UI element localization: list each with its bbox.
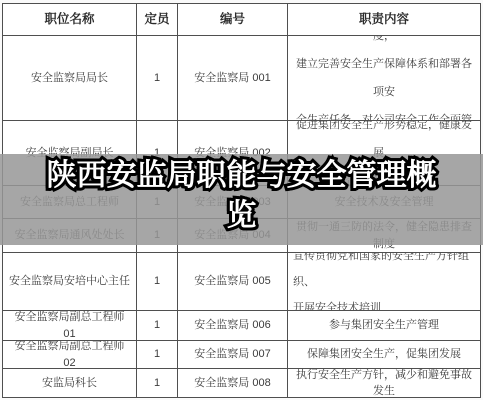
column-header-position: 职位名称	[3, 4, 137, 36]
duty-line: 全生产任务，对公司安全工作全面管理	[293, 106, 475, 121]
cell-duty: 参与集团安全生产管理	[288, 311, 480, 341]
cell-position: 安监局科长	[3, 369, 137, 397]
duty-line: 保障集团安全生产，促集团发展	[293, 346, 475, 363]
duty-line: 宣传贯彻党和国家的安全生产方针组织、	[293, 253, 475, 295]
cell-code: 安全监察局 001	[178, 36, 288, 121]
column-header-quota: 定员	[137, 4, 178, 36]
cell-quota: 1	[137, 253, 178, 311]
cell-position: 安全监察局局长	[3, 36, 137, 121]
cell-code: 安全监察局 005	[178, 253, 288, 311]
screenshot-root: 职位名称 定员 编号 职责内容 安全监察局局长 1 安全监察局 001 在集团领…	[0, 0, 483, 400]
cell-quota: 1	[137, 311, 178, 341]
cell-code: 安全监察局 006	[178, 311, 288, 341]
cell-code: 安全监察局 007	[178, 341, 288, 369]
duty-line: 在集团领导下，制定企业安全规章制度，	[293, 36, 475, 50]
cell-quota: 1	[137, 369, 178, 397]
cell-quota: 1	[137, 341, 178, 369]
cell-position: 安全监察局安培中心主任	[3, 253, 137, 311]
cell-duty: 保障集团安全生产，促集团发展	[288, 341, 480, 369]
duty-line: 建立完善安全生产保障体系和部署各项安	[293, 50, 475, 106]
column-header-duty: 职责内容	[288, 4, 480, 36]
cell-duty: 执行安全生产方针，减少和避免事故发生	[288, 369, 480, 397]
duty-line: 开展安全技术培训	[293, 295, 475, 312]
duty-line: 参与集团安全生产管理	[293, 317, 475, 334]
column-header-code: 编号	[178, 4, 288, 36]
cell-duty: 宣传贯彻党和国家的安全生产方针组织、 开展安全技术培训	[288, 253, 480, 311]
cell-code: 安全监察局 008	[178, 369, 288, 397]
cell-position: 安全监察局副总工程师 01	[3, 311, 137, 341]
duty-line: 执行安全生产方针，减少和避免事故发生	[293, 369, 475, 397]
cell-duty: 在集团领导下，制定企业安全规章制度， 建立完善安全生产保障体系和部署各项安 全生…	[288, 36, 480, 121]
title-overlay-band	[0, 154, 483, 245]
cell-quota: 1	[137, 36, 178, 121]
cell-position: 安全监察局副总工程师 02	[3, 341, 137, 369]
